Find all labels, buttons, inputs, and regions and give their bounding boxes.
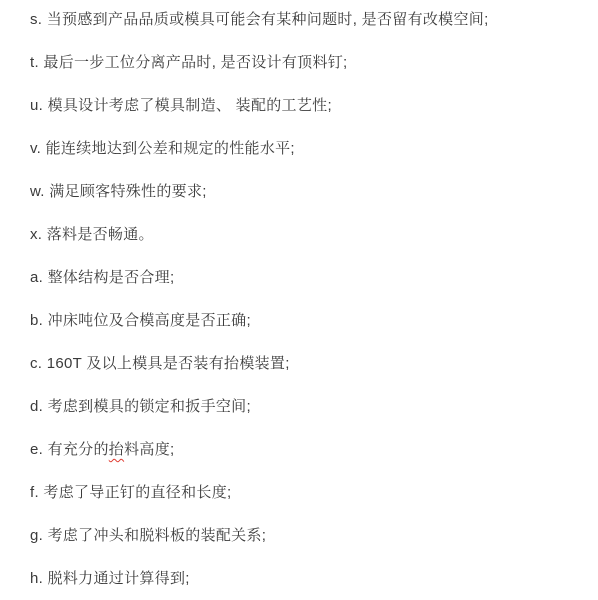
paragraph-x-text: x. 落料是否畅通。 <box>30 226 154 243</box>
paragraph-e[interactable]: e. 有充分的抬料高度; <box>30 440 578 460</box>
paragraph-t-text: t. 最后一步工位分离产品时, 是否设计有顶料钉; <box>30 54 348 71</box>
paragraph-h-text: h. 脱料力通过计算得到; <box>30 570 190 587</box>
paragraph-a[interactable]: a. 整体结构是否合理; <box>30 268 578 288</box>
paragraph-b[interactable]: b. 冲床吨位及合模高度是否正确; <box>30 311 578 331</box>
paragraph-a-text: a. 整体结构是否合理; <box>30 269 174 286</box>
spellcheck-underlined-word: 抬 <box>109 441 124 458</box>
paragraph-h[interactable]: h. 脱料力通过计算得到; <box>30 569 578 589</box>
paragraph-g[interactable]: g. 考虑了冲头和脱料板的装配关系; <box>30 526 578 546</box>
document-text-area[interactable]: s. 当预感到产品品质或模具可能会有某种问题时, 是否留有改模空间; t. 最后… <box>0 0 598 600</box>
paragraph-f-text: f. 考虑了导正钉的直径和长度; <box>30 484 231 501</box>
paragraph-x[interactable]: x. 落料是否畅通。 <box>30 225 578 245</box>
paragraph-s[interactable]: s. 当预感到产品品质或模具可能会有某种问题时, 是否留有改模空间; <box>30 10 578 30</box>
paragraph-c-text: c. 160T 及以上模具是否装有抬模装置; <box>30 355 290 372</box>
paragraph-w-text: w. 满足顾客特殊性的要求; <box>30 183 207 200</box>
paragraph-c[interactable]: c. 160T 及以上模具是否装有抬模装置; <box>30 354 578 374</box>
paragraph-e-text-post: 料高度; <box>124 441 174 458</box>
paragraph-b-text: b. 冲床吨位及合模高度是否正确; <box>30 312 251 329</box>
paragraph-v-text: v. 能连续地达到公差和规定的性能水平; <box>30 140 295 157</box>
paragraph-d[interactable]: d. 考虑到模具的锁定和扳手空间; <box>30 397 578 417</box>
paragraph-u-text: u. 模具设计考虑了模具制造、 装配的工艺性; <box>30 97 332 114</box>
paragraph-v[interactable]: v. 能连续地达到公差和规定的性能水平; <box>30 139 578 159</box>
paragraph-w[interactable]: w. 满足顾客特殊性的要求; <box>30 182 578 202</box>
paragraph-e-text-pre: e. 有充分的 <box>30 441 109 458</box>
paragraph-s-text: s. 当预感到产品品质或模具可能会有某种问题时, 是否留有改模空间; <box>30 11 489 28</box>
paragraph-u[interactable]: u. 模具设计考虑了模具制造、 装配的工艺性; <box>30 96 578 116</box>
paragraph-t[interactable]: t. 最后一步工位分离产品时, 是否设计有顶料钉; <box>30 53 578 73</box>
paragraph-d-text: d. 考虑到模具的锁定和扳手空间; <box>30 398 251 415</box>
paragraph-f[interactable]: f. 考虑了导正钉的直径和长度; <box>30 483 578 503</box>
paragraph-g-text: g. 考虑了冲头和脱料板的装配关系; <box>30 527 266 544</box>
